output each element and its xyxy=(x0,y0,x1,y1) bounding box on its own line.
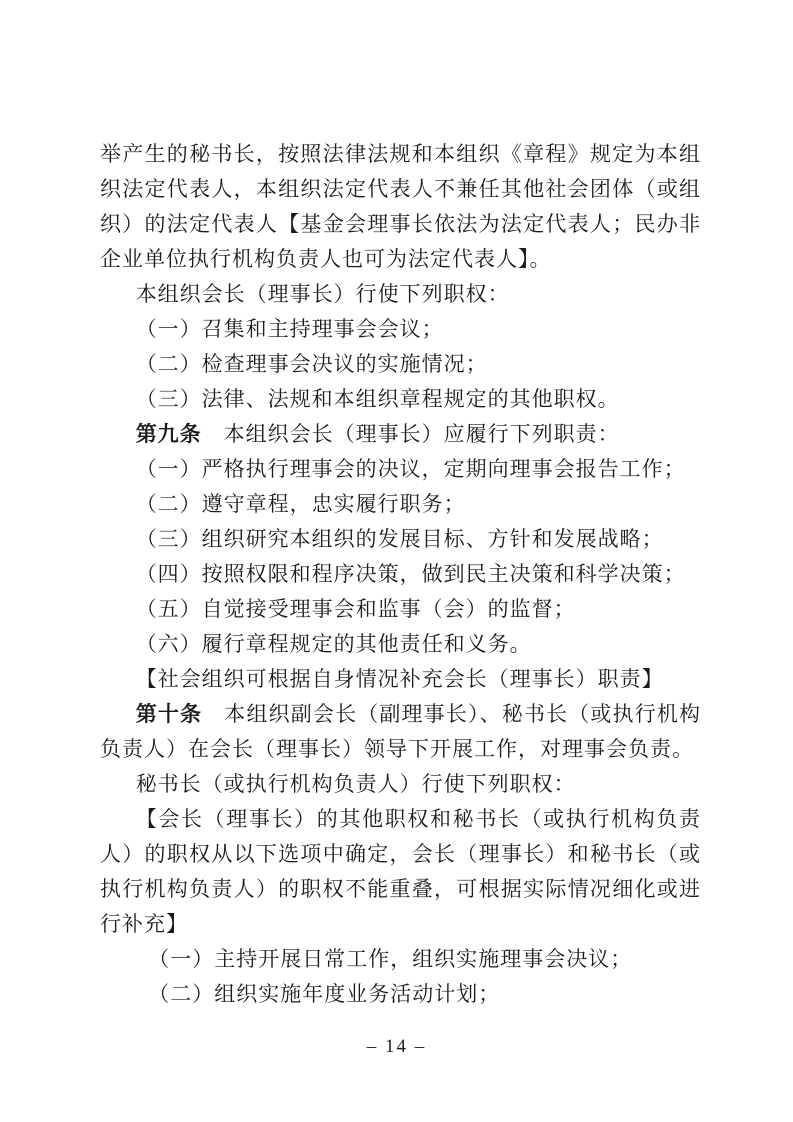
list-item-chairman-duty-5: （五）自觉接受理事会和监事（会）的监督； xyxy=(100,592,701,627)
list-item-chairman-duty-6: （六）履行章程规定的其他责任和义务。 xyxy=(100,627,701,662)
note-powers-selection-rule: 【会长（理事长）的其他职权和秘书长（或执行机构负责人）的职权从以下选项中确定，会… xyxy=(100,802,701,942)
document-page: 举产生的秘书长，按照法律法规和本组织《章程》规定为本组织法定代表人，本组织法定代… xyxy=(0,0,793,1122)
paragraph-clause-9: 第九条 本组织会长（理事长）应履行下列职责： xyxy=(100,417,701,452)
paragraph-secretary-powers-intro: 秘书长（或执行机构负责人）行使下列职权： xyxy=(100,767,701,802)
page-number: – 14 – xyxy=(0,1036,793,1058)
list-item-secretary-power-1: （一）主持开展日常工作，组织实施理事会决议； xyxy=(100,942,701,977)
paragraph-clause-10: 第十条 本组织副会长（副理事长）、秘书长（或执行机构负责人）在会长（理事长）领导… xyxy=(100,697,701,767)
paragraph-legal-representative: 举产生的秘书长，按照法律法规和本组织《章程》规定为本组织法定代表人，本组织法定代… xyxy=(100,137,701,277)
list-item-chairman-duty-2: （二）遵守章程，忠实履行职务； xyxy=(100,487,701,522)
list-item-chairman-duty-3: （三）组织研究本组织的发展目标、方针和发展战略； xyxy=(100,522,701,557)
paragraph-chairman-powers-intro: 本组织会长（理事长）行使下列职权： xyxy=(100,277,701,312)
list-item-chairman-power-2: （二）检查理事会决议的实施情况； xyxy=(100,347,701,382)
note-chairman-duties-supplement: 【社会组织可根据自身情况补充会长（理事长）职责】 xyxy=(100,662,701,697)
clause-9-text: 本组织会长（理事长）应履行下列职责： xyxy=(202,422,620,446)
list-item-chairman-power-1: （一）召集和主持理事会会议； xyxy=(100,312,701,347)
clause-9-number: 第九条 xyxy=(136,423,202,446)
clause-10-number: 第十条 xyxy=(136,703,202,726)
document-body: 举产生的秘书长，按照法律法规和本组织《章程》规定为本组织法定代表人，本组织法定代… xyxy=(100,137,701,1012)
list-item-chairman-duty-4: （四）按照权限和程序决策，做到民主决策和科学决策； xyxy=(100,557,701,592)
list-item-chairman-power-3: （三）法律、法规和本组织章程规定的其他职权。 xyxy=(100,382,701,417)
list-item-chairman-duty-1: （一）严格执行理事会的决议，定期向理事会报告工作； xyxy=(100,452,701,487)
list-item-secretary-power-2: （二）组织实施年度业务活动计划； xyxy=(100,977,701,1012)
